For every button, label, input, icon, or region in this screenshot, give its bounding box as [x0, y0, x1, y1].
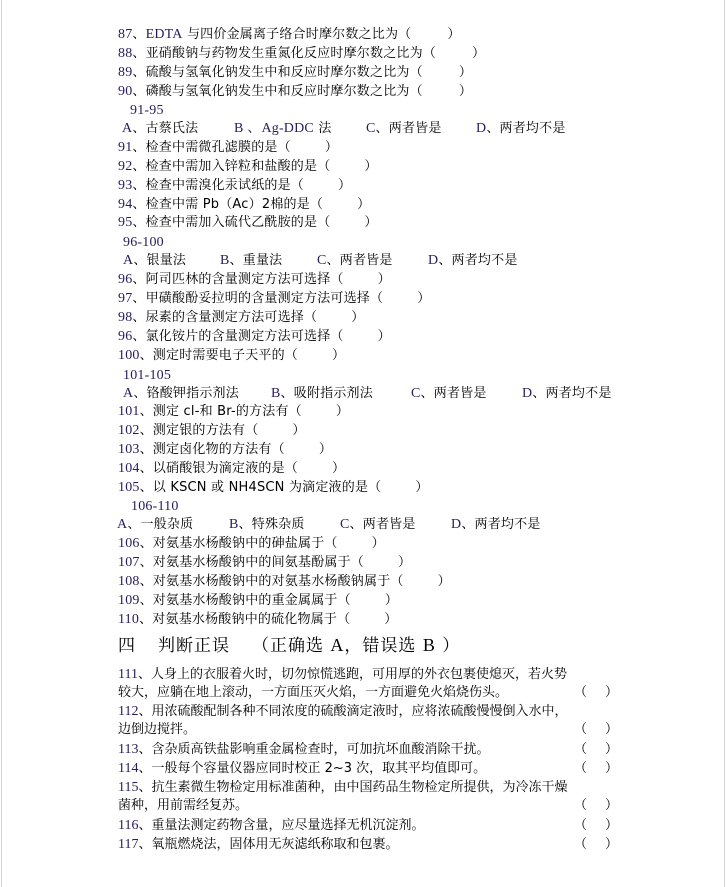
option-b: B、特殊杂质 [229, 516, 340, 534]
question-98: 98、尿素的含量测定方法可选择（） [118, 309, 364, 327]
tf-question-111: 111、人身上的衣服着火时，切勿惊慌逃跑，可用厚的外衣包裹使熄灭，若火势 较大，… [118, 666, 618, 702]
option-d: D、两者均不是 [476, 120, 566, 138]
question-95: 95、检查中需加入硫代乙酰胺的是（） [118, 214, 378, 232]
answer-blank[interactable]: （） [574, 721, 618, 739]
question-105: 105、以 KSCN 或 NH4SCN 为滴定液的是（） [118, 479, 429, 497]
question-100: 100、测定时需要电子天平的（） [118, 347, 345, 365]
question-87: 87、EDTA 与四价金属离子络合时摩尔数之比为（） [118, 26, 461, 44]
option-a: A、铬酸钾指示剂法 [123, 385, 271, 403]
tf-question-113: 113、含杂质高铁盐影响重金属检查时，可加抗坏血酸消除干扰。（） [118, 741, 618, 759]
tf-question-116: 116、重量法测定药物含量，应尽量选择无机沉淀剂。（） [118, 817, 618, 835]
question-107: 107、对氨基水杨酸钠中的间氨基酚属于（） [118, 554, 411, 572]
question-106: 106、对氨基水杨酸钠中的砷盐属于（） [118, 535, 385, 553]
question-91: 91、检查中需微孔滤膜的是（） [118, 139, 338, 157]
answer-blank[interactable]: （） [574, 797, 618, 815]
option-d: D、两者均不是 [451, 516, 541, 534]
group-label: 96-100 [123, 234, 164, 252]
option-c: C、两者皆是 [411, 385, 522, 403]
question-101: 101、测定 cl-和 Br-的方法有（） [118, 403, 349, 421]
tf-question-112: 112、用浓硫酸配制各种不同浓度的硫酸滴定液时，应将浓硫酸慢慢倒入水中， 边倒边… [118, 703, 618, 739]
question-96: 96、阿司匹林的含量测定方法可选择（） [118, 271, 391, 289]
question-102: 102、测定银的方法有（） [118, 422, 306, 440]
question-92: 92、检查中需加入锌粒和盐酸的是（） [118, 158, 378, 176]
question-93: 93、检查中需溴化汞试纸的是（） [118, 177, 351, 195]
question-103: 103、测定卤化物的方法有（） [118, 441, 332, 459]
option-b: B、重量法 [220, 252, 317, 270]
option-b: B、吸附指示剂法 [271, 385, 411, 403]
question-88: 88、亚硝酸钠与药物发生重氮化反应时摩尔数之比为（） [118, 45, 485, 63]
option-c: C、两者皆是 [340, 516, 451, 534]
question-89: 89、硫酸与氢氧化钠发生中和反应时摩尔数之比为（） [118, 64, 472, 82]
option-c: C、两者皆是 [366, 120, 476, 138]
tf-question-114: 114、一般每个容量仪器应同时校正 2~3 次，取其平均值即可。（） [118, 760, 618, 778]
tf-question-115: 115、抗生素微生物检定用标准菌种，由中国药品生物检定所提供，为冷冻干燥 菌种，… [118, 779, 618, 815]
group-label: 91-95 [130, 102, 164, 120]
document-page: 87、EDTA 与四价金属离子络合时摩尔数之比为（） 88、亚硝酸钠与药物发生重… [1, 0, 725, 887]
option-d: D、两者均不是 [522, 385, 612, 403]
group-label: 101-105 [123, 367, 171, 385]
answer-blank[interactable]: （） [574, 817, 618, 835]
options-row: A、一般杂质B、特殊杂质C、两者皆是D、两者均不是 [117, 516, 541, 534]
question-99: 96、氯化铵片的含量测定方法可选择（） [118, 328, 391, 346]
options-row: A、银量法B、重量法C、两者皆是D、两者均不是 [123, 252, 518, 270]
option-a: A、古蔡氏法 [122, 120, 234, 138]
question-109: 109、对氨基水杨酸钠中的重金属属于（） [118, 592, 398, 610]
question-90: 90、磷酸与氢氧化钠发生中和反应时摩尔数之比为（） [118, 83, 472, 101]
answer-blank[interactable]: （） [574, 684, 618, 702]
question-108: 108、对氨基水杨酸钠中的对氨基水杨酸钠属于（） [118, 573, 451, 591]
option-b: B 、Ag-DDC 法 [234, 120, 366, 138]
option-a: A、一般杂质 [117, 516, 229, 534]
tf-question-117: 117、氧瓶燃烧法，固体用无灰滤纸称取和包裹。（） [118, 836, 618, 854]
answer-blank[interactable]: （） [574, 741, 618, 759]
option-a: A、银量法 [123, 252, 220, 270]
question-94: 94、检查中需 Pb（Ac）2棉的是（） [118, 196, 370, 214]
question-97: 97、甲磺酸酚妥拉明的含量测定方法可选择（） [118, 290, 430, 308]
options-row: A、古蔡氏法B 、Ag-DDC 法C、两者皆是D、两者均不是 [122, 120, 566, 138]
options-row: A、铬酸钾指示剂法B、吸附指示剂法C、两者皆是D、两者均不是 [123, 385, 612, 403]
section-title-true-false: 四判断正误（正确选 A，错误选 B ） [118, 634, 460, 657]
option-c: C、两者皆是 [317, 252, 428, 270]
answer-blank[interactable]: （） [574, 836, 618, 854]
answer-blank[interactable]: （） [574, 760, 618, 778]
question-104: 104、以硝酸银为滴定液的是（） [118, 460, 345, 478]
group-label: 106-110 [131, 498, 179, 516]
question-110: 110、对氨基水杨酸钠中的硫化物属于（） [118, 611, 398, 629]
option-d: D、两者均不是 [428, 252, 518, 270]
